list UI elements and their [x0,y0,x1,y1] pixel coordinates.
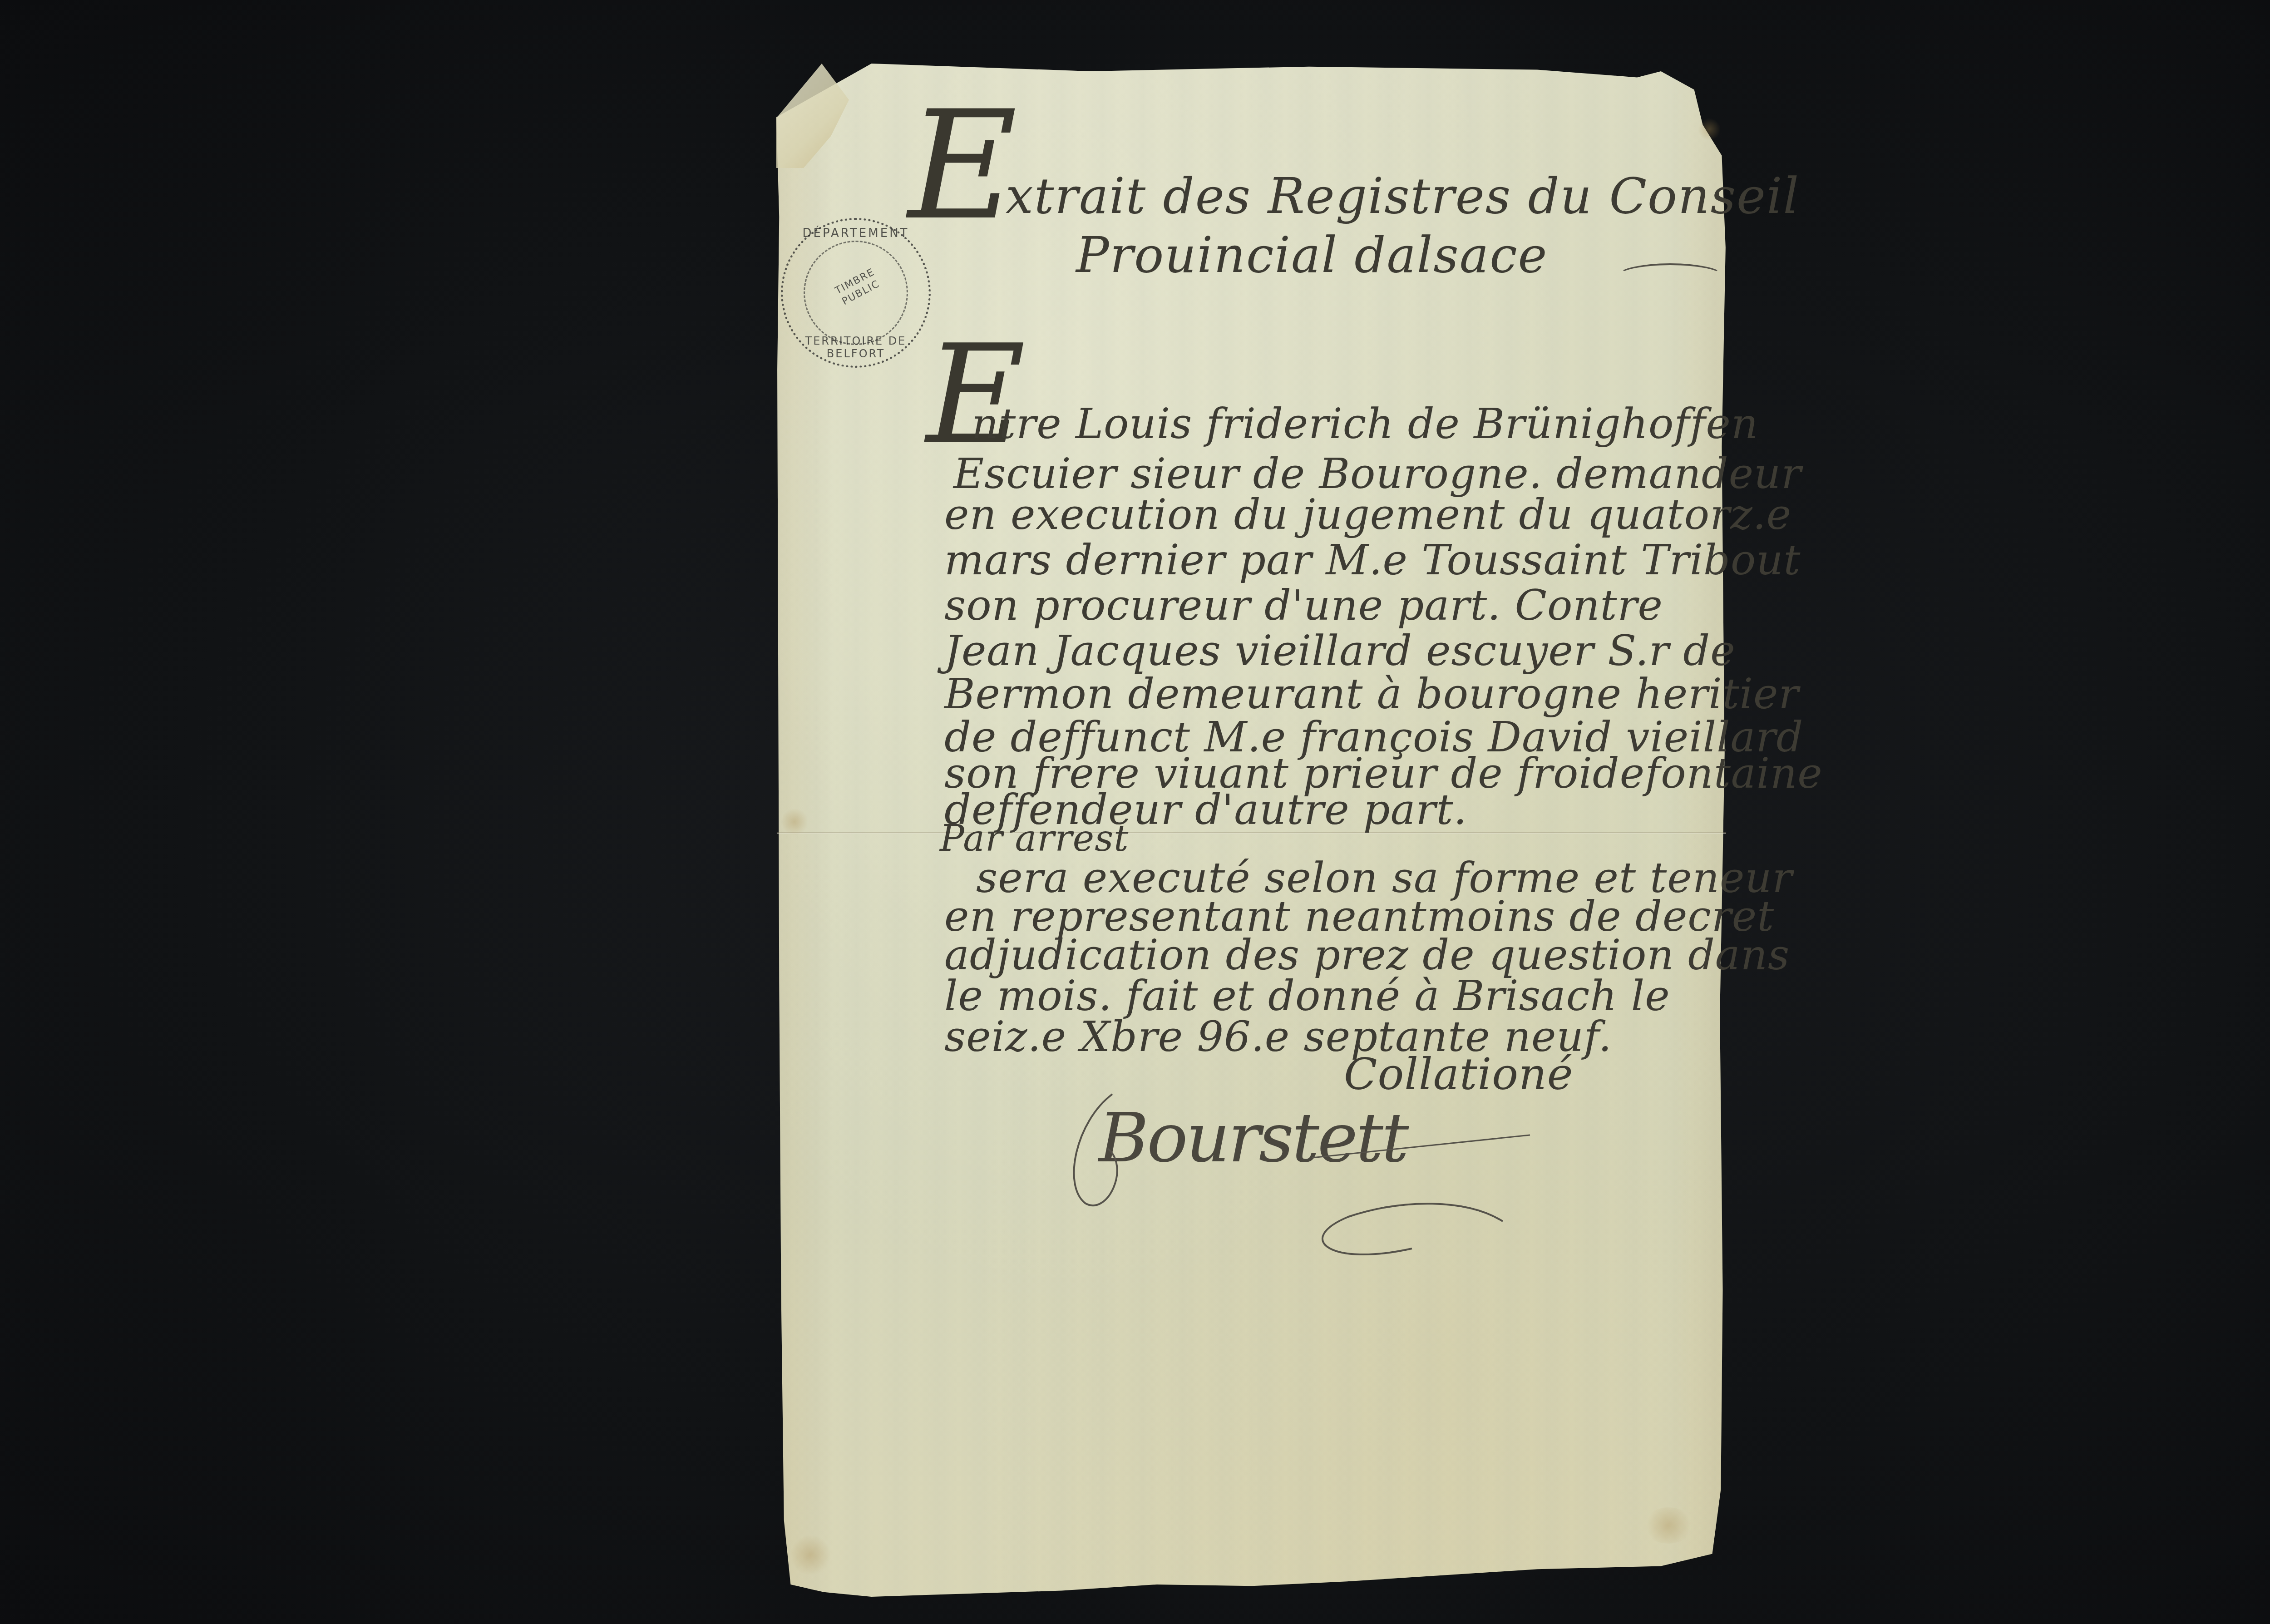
heading-flourish [1616,263,1724,290]
foxing-stain [1698,118,1721,141]
heading-line-2: Prouincial dalsace [1076,227,1548,284]
foxing-stain [781,808,808,835]
heading-line-1: xtrait des Registres du Conseil [1006,168,1800,225]
body-line-7: Bermon demeurant à bourogne heritier [944,670,1799,718]
stamp-ring-top: DÉPARTEMENT [783,227,928,240]
stamp-ring-bottom: TERRITOIRE DE BELFORT [783,335,928,360]
heading-initial: E [908,91,1017,241]
body-line-3: en execution du jugement du quatorz.e [944,490,1791,539]
signature-flourish-icon [1058,1067,1603,1271]
foxing-stain [790,1535,831,1575]
foxing-stain [1643,1507,1693,1544]
body-line-1: ntre Louis friderich de Brünighoffen [972,400,1758,448]
body-line-5: son procureur d'une part. Contre [944,581,1663,630]
body-line-4: mars dernier par M.e Toussaint Tribout [944,536,1801,584]
body-line-6: Jean Jacques vieillard escuyer S.r de [944,627,1736,675]
photo-backdrop: DÉPARTEMENT TIMBRE PUBLIC TERRITOIRE DE … [0,0,2270,1624]
